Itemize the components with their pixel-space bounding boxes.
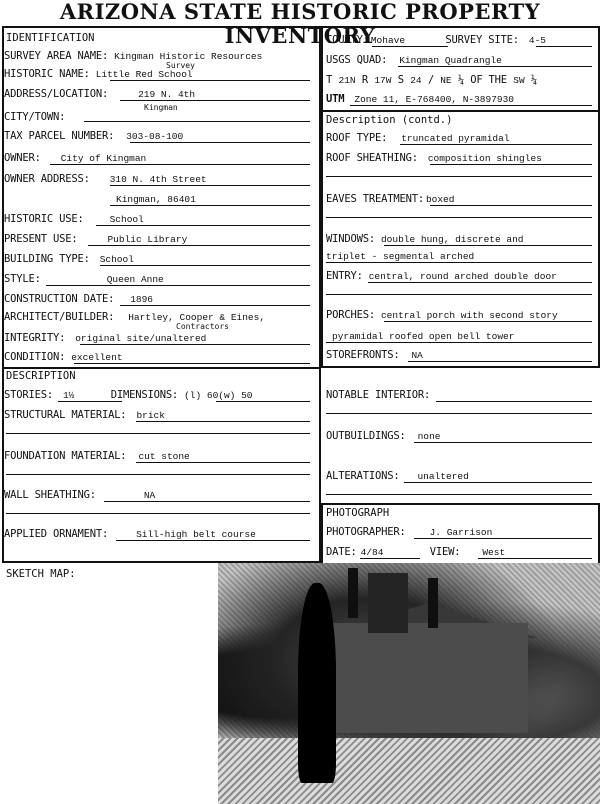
address-value: 219 N. 4th	[138, 89, 195, 100]
county-row: COUNTY:Mohave SURVEY SITE:4-5	[326, 30, 596, 50]
survey-area-row: SURVEY AREA NAME:Kingman Historic Resour…	[4, 46, 316, 66]
storefronts-row: STOREFRONTS:NA	[326, 345, 596, 365]
style-value: Queen Anne	[107, 274, 164, 285]
structural-material-row: STRUCTURAL MATERIAL:brick	[4, 405, 596, 425]
roof-type-value: truncated pyramidal	[401, 133, 509, 144]
utm-row: UTMZone 11, E-768400, N-3897930	[326, 89, 596, 109]
stories-value: 1½	[63, 390, 74, 401]
historic-name-value: Little Red School	[96, 69, 193, 80]
dimensions-value: (l) 60(w) 50	[184, 390, 252, 401]
eaves-value: boxed	[426, 194, 455, 205]
porches-row-2: pyramidal roofed open bell tower	[326, 326, 596, 346]
condition-value: excellent	[71, 352, 122, 363]
photo-date-row: DATE:4/84 VIEW:West	[326, 542, 596, 562]
county-value: Mohave	[371, 35, 405, 46]
photographer-value: J. Garrison	[430, 527, 493, 538]
section-value: 24	[410, 75, 421, 86]
document-title: ARIZONA STATE HISTORIC PROPERTY INVENTOR…	[0, 0, 600, 24]
township-range-row: T 21N R 17W S 24 / NE ¼ OF THE SW ¼	[326, 70, 596, 90]
quarter-1-value: NE	[440, 75, 451, 86]
utm-value: Zone 11, E-768400, N-3897930	[354, 94, 514, 105]
roof-sheathing-row: ROOF SHEATHING:composition shingles	[326, 148, 596, 168]
entry-row: ENTRY:central, round arched double door	[326, 266, 596, 286]
porches-value: central porch with second story	[381, 310, 558, 321]
owner-address-value: 310 N. 4th Street	[110, 174, 207, 185]
structural-material-value: brick	[136, 410, 165, 421]
roof-type-row: ROOF TYPE:truncated pyramidal	[326, 128, 596, 148]
wall-sheathing-row: WALL SHEATHING:NA	[4, 485, 596, 505]
description-header: DESCRIPTION	[6, 370, 76, 382]
owner-value: City of Kingman	[61, 153, 147, 164]
historic-use-value: School	[110, 214, 144, 225]
building-type-value: School	[100, 254, 134, 265]
alterations-value: unaltered	[417, 471, 468, 482]
roof-sheathing-value: composition shingles	[428, 153, 542, 164]
photographer-row: PHOTOGRAPHER:J. Garrison	[326, 522, 596, 542]
photo-view-value: West	[482, 547, 505, 558]
outbuildings-value: none	[418, 431, 441, 442]
storefronts-value: NA	[411, 350, 422, 361]
windows-value: double hung, discrete and	[381, 234, 524, 245]
foundation-material-row: FOUNDATION MATERIAL:cut stone	[4, 446, 596, 466]
photograph-header: PHOTOGRAPH	[326, 507, 389, 519]
photo-date-value: 4/84	[361, 547, 384, 558]
quarter-2-value: SW	[513, 75, 524, 86]
identification-header: IDENTIFICATION	[6, 32, 95, 44]
usgs-quad-value: Kingman Quadrangle	[399, 55, 502, 66]
integrity-value: original site/unaltered	[75, 333, 206, 344]
notable-interior-row: NOTABLE INTERIOR:	[326, 385, 596, 405]
alterations-row: ALTERATIONS:unaltered	[326, 466, 596, 486]
foundation-material-value: cut stone	[138, 451, 189, 462]
survey-site-value: 4-5	[529, 35, 546, 46]
township-value: 21N	[338, 75, 355, 86]
present-use-value: Public Library	[107, 234, 187, 245]
eaves-row: EAVES TREATMENT:boxed	[326, 189, 596, 209]
building-photograph	[218, 563, 600, 804]
construction-date-value: 1896	[130, 294, 153, 305]
range-value: 17W	[374, 75, 391, 86]
windows-row-2: triplet - segmental arched	[326, 246, 596, 266]
porches-row: PORCHES:central porch with second story	[326, 305, 596, 325]
tax-parcel-value: 303-08-100	[126, 131, 183, 142]
entry-value: central, round arched double door	[369, 271, 557, 282]
description-contd-header: Description (contd.)	[326, 114, 452, 126]
wall-sheathing-value: NA	[144, 490, 155, 501]
outbuildings-row: OUTBUILDINGS:none	[326, 426, 596, 446]
usgs-quad-row: USGS QUAD:Kingman Quadrangle	[326, 50, 596, 70]
applied-ornament-value: Sill-high belt course	[136, 529, 256, 540]
sketch-map-label: SKETCH MAP:	[6, 568, 76, 580]
